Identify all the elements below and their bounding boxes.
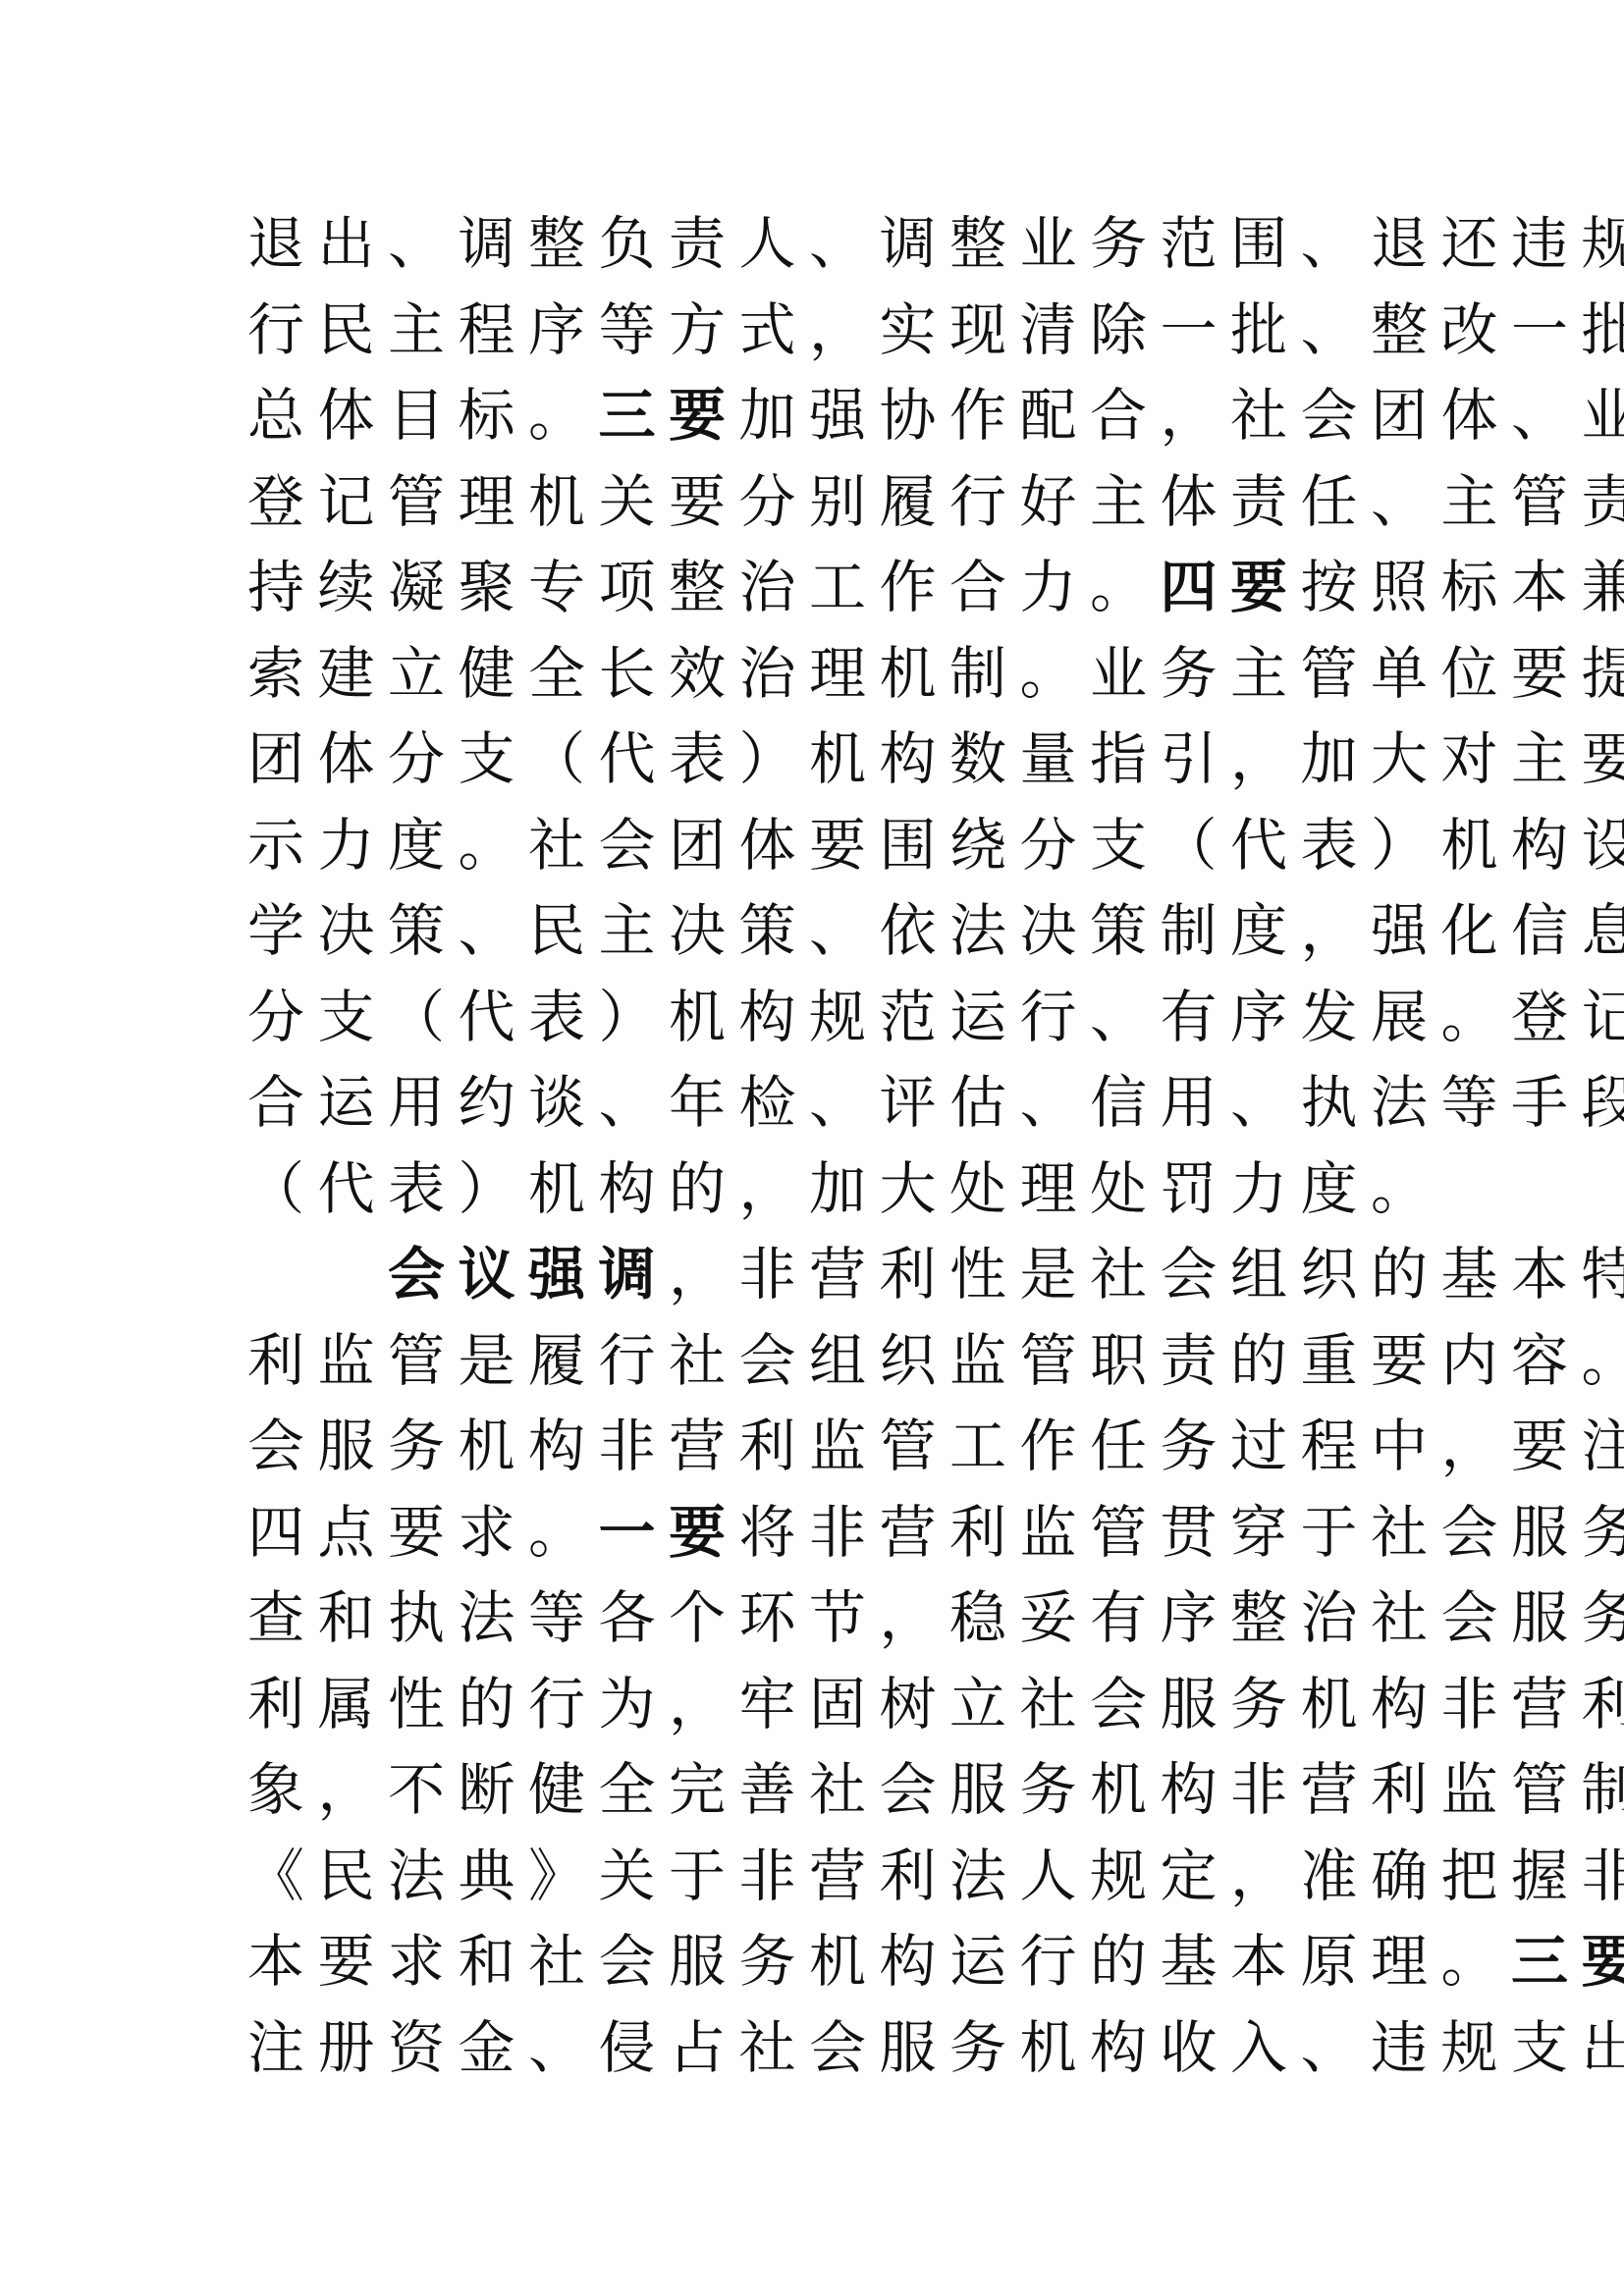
text-run: 加强协作配合，社会团体、业务主管单位和	[739, 382, 1624, 449]
text-run: 行民主程序等方式，实现清除一批、整改一批、激活一批的	[247, 296, 1624, 363]
text-line: 利属性的行为，牢固树立社会服务机构非营利法人的宗旨形	[247, 1662, 1377, 1748]
text-line: 示力度。社会团体要围绕分支（代表）机构设立建立健全科	[247, 803, 1377, 889]
text-line: 查和执法等各个环节，稳妥有序整治社会服务机构违反非营	[247, 1575, 1377, 1662]
bold-lead-phrase: 三要	[599, 382, 739, 449]
text-line: 四点要求。一要将非营利监管贯穿于社会服务机构登记、检	[247, 1490, 1377, 1576]
document-body: 退出、调整负责人、调整业务范围、退还违规收费、重新履行民主程序等方式，实现清除一…	[247, 201, 1377, 2091]
text-run: 登记管理机关要分别履行好主体责任、主管责任和牵头责任，	[247, 468, 1624, 535]
text-run: 学决策、民主决策、依法决策制度，强化信息公开，确保各	[247, 897, 1624, 964]
text-line: 《民法典》关于非营利法人规定，准确把握非营利监管的基	[247, 1834, 1377, 1920]
text-run: 团体分支（代表）机构数量指引，加大对主要负责人提醒提	[247, 725, 1624, 792]
text-run: 注册资金、侵占社会服务机构收入、违规支出、违规关联交	[247, 2014, 1624, 2081]
text-run: 查和执法等各个环节，稳妥有序整治社会服务机构违反非营	[247, 1584, 1624, 1651]
text-line: 学决策、民主决策、依法决策制度，强化信息公开，确保各	[247, 888, 1377, 975]
text-run: 索建立健全长效治理机制。业务主管单位要提出每一个社会	[247, 640, 1624, 707]
text-line: 象，不断健全完善社会服务机构非营利监管制度。二要按照	[247, 1747, 1377, 1834]
text-line: 会服务机构非营利监管工作任务过程中，要注意把握好以下	[247, 1404, 1377, 1490]
paragraph: 会议强调，非营利性是社会组织的基本特征，开展非营利监管是履行社会组织监管职责的重…	[247, 1232, 1377, 2091]
bold-lead-phrase: 四要	[1161, 554, 1301, 620]
text-run: 象，不断健全完善社会服务机构非营利监管制度。	[247, 1756, 1624, 1823]
text-line: 合运用约谈、年检、评估、信用、执法等手段，对乱设分支	[247, 1060, 1377, 1147]
text-line: 总体目标。三要加强协作配合，社会团体、业务主管单位和	[247, 373, 1377, 459]
bold-lead-phrase: 一要	[599, 1499, 739, 1566]
text-line: 持续凝聚专项整治工作合力。四要按照标本兼治的要求，探	[247, 545, 1377, 631]
text-run: 分支（代表）机构规范运行、有序发展。登记管理机关要综	[247, 984, 1624, 1050]
text-line: 退出、调整负责人、调整业务范围、退还违规收费、重新履	[247, 201, 1377, 288]
text-run	[247, 1241, 388, 1308]
text-run: 本要求和社会服务机构运行的基本原理。	[247, 1928, 1511, 1995]
text-run: 利监管是履行社会组织监管职责的重要内容。各地在落实社	[247, 1327, 1624, 1394]
text-run: ，非营利性是社会组织的基本特征，开展非营	[669, 1241, 1624, 1308]
text-line: 本要求和社会服务机构运行的基本原理。三要重点做好抽逃	[247, 1919, 1377, 2005]
text-run: （代表）机构的，加大处理处罚力度。	[247, 1155, 1441, 1222]
text-line: 团体分支（代表）机构数量指引，加大对主要负责人提醒提	[247, 717, 1377, 803]
text-line: 注册资金、侵占社会服务机构收入、违规支出、违规关联交	[247, 2005, 1377, 2092]
text-run: 会服务机构非营利监管工作任务过程中，要注意把握好以下	[247, 1413, 1624, 1479]
text-run: 持续凝聚专项整治工作合力。	[247, 554, 1161, 620]
text-line: 利监管是履行社会组织监管职责的重要内容。各地在落实社	[247, 1318, 1377, 1405]
text-run: 合运用约谈、年检、评估、信用、执法等手段，对乱设分支	[247, 1069, 1624, 1136]
paragraph: 退出、调整负责人、调整业务范围、退还违规收费、重新履行民主程序等方式，实现清除一…	[247, 201, 1377, 1232]
document-page: 退出、调整负责人、调整业务范围、退还违规收费、重新履行民主程序等方式，实现清除一…	[0, 0, 1624, 2296]
text-line: 分支（代表）机构规范运行、有序发展。登记管理机关要综	[247, 975, 1377, 1061]
text-line: 索建立健全长效治理机制。业务主管单位要提出每一个社会	[247, 631, 1377, 718]
text-run: 按照标本兼治的要求，探	[1301, 554, 1624, 620]
bold-lead-phrase: 会议强调	[388, 1241, 669, 1308]
text-line: 会议强调，非营利性是社会组织的基本特征，开展非营	[247, 1232, 1377, 1318]
text-run: 总体目标。	[247, 382, 599, 449]
text-line: 行民主程序等方式，实现清除一批、整改一批、激活一批的	[247, 288, 1377, 374]
text-run: 示力度。社会团体要围绕分支（代表）机构设立建立健全科	[247, 812, 1624, 879]
text-run: 退出、调整负责人、调整业务范围、退还违规收费、重新履	[247, 210, 1624, 277]
bold-lead-phrase: 三要	[1511, 1928, 1624, 1995]
text-run: 将非营利监管贯穿于社会服务机构登记、检	[739, 1499, 1624, 1566]
text-run: 利属性的行为，牢固树立社会服务机构非营利法人的宗旨形	[247, 1671, 1624, 1737]
text-line: 登记管理机关要分别履行好主体责任、主管责任和牵头责任，	[247, 459, 1377, 546]
text-line: （代表）机构的，加大处理处罚力度。	[247, 1147, 1377, 1233]
text-run: 四点要求。	[247, 1499, 599, 1566]
text-run: 《民法典》关于非营利法人规定，准确把握非营利监管的基	[247, 1842, 1624, 1909]
